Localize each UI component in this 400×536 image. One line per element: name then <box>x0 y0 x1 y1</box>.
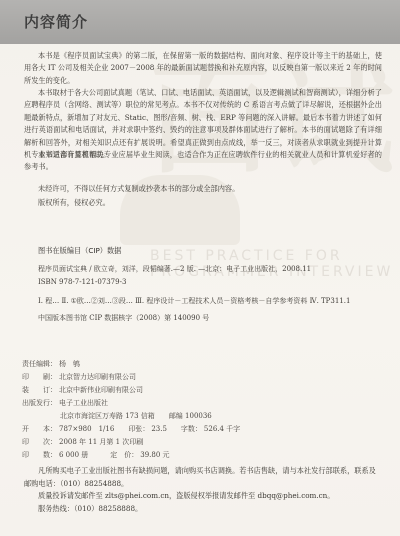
price-label: 定 价 <box>110 451 131 459</box>
sheets-label: 印张 <box>128 425 142 433</box>
cip-classification: Ⅰ. 程… Ⅱ. ①欧…②刘…③段… Ⅲ. 程序设计－工程技术人员－资格考核－自… <box>38 296 350 306</box>
document-page: 面试 BEST PRACTICE FOR PROGRAMMER INTERVIE… <box>0 0 400 536</box>
printer-label: 印 刷 <box>22 373 50 381</box>
footer-complaint-email: 质量投诉请发邮件至 zlts@phei.com.cn，盗版侵权举报请发邮件至 d… <box>38 490 396 503</box>
copies-label: 印 数 <box>22 451 50 459</box>
footer-exchange-notice: 凡所购买电子工业出版社图书有缺损问题，请向购买书店调换。若书店售缺，请与本社发行… <box>24 465 382 490</box>
printer-row: 印 刷：北京智力达印刷有限公司 <box>22 372 136 382</box>
cip-entry: 程序员面试宝典 / 欧立奇，刘洋，段韬编著.—2 版. —北京：电子工业出版社，… <box>38 264 311 274</box>
cip-record: 中国版本图书馆 CIP 数据核字（2008）第 140090 号 <box>38 313 209 323</box>
description-paragraph-1: 本书是《程序员面试宝典》的第二版，在保留第一版的数据结构、面向对象、程序设计等主… <box>24 50 382 87</box>
editor-row: 责任编辑：杨 鸲 <box>22 359 80 369</box>
publisher-row: 出版发行：电子工业出版社 <box>22 398 108 408</box>
address-row: 北京市海淀区万寿路 173 信箱邮编 100036 <box>60 411 212 421</box>
word-count-value: 526.4 千字 <box>204 425 240 433</box>
cip-title: 图书在版编目（CIP）数据 <box>38 246 121 256</box>
rights-notice: 版权所有，侵权必究。 <box>38 197 110 209</box>
binder-value: 北京中新伟业印刷有限公司 <box>59 386 143 394</box>
format-row: 开 本：787×980 1/16印张：23.5字数：526.4 千字 <box>22 424 240 434</box>
edition-row: 印 次：2008 年 11 月第 1 次印刷 <box>22 437 143 447</box>
copies-row: 印 数：6 000 册定 价：39.80 元 <box>22 450 170 460</box>
cip-isbn: ISBN 978-7-121-07379-3 <box>38 278 126 286</box>
sheets-value: 23.5 <box>151 425 167 433</box>
edition-value: 2008 年 11 月第 1 次印刷 <box>59 438 143 446</box>
price-value: 39.80 元 <box>140 451 169 459</box>
binder-label: 装 订 <box>22 386 50 394</box>
page-content: 本书是《程序员面试宝典》的第二版，在保留第一版的数据结构、面向对象、程序设计等主… <box>0 0 400 536</box>
word-count-label: 字数 <box>181 425 195 433</box>
editor-label: 责任编辑 <box>22 360 50 368</box>
printer-value: 北京智力达印刷有限公司 <box>59 373 136 381</box>
postcode-value: 邮编 100036 <box>169 412 212 420</box>
edition-label: 印 次 <box>22 438 50 446</box>
format-label: 开 本 <box>22 425 50 433</box>
publisher-label: 出版发行 <box>22 399 50 407</box>
copy-notice: 未经许可，不得以任何方式复制或抄袭本书的部分或全部内容。 <box>38 183 239 195</box>
copies-value: 6 000 册 <box>59 451 88 459</box>
description-paragraph-3: 本书适合计算机相关专业应届毕业生阅读，也适合作为正在应聘软件行业的相关就业人员和… <box>24 149 382 174</box>
editor-value: 杨 鸲 <box>59 360 80 368</box>
binder-row: 装 订：北京中新伟业印刷有限公司 <box>22 385 143 395</box>
publisher-value: 电子工业出版社 <box>59 399 108 407</box>
footer-hotline: 服务热线：（010）88258888。 <box>38 503 396 516</box>
address-value: 北京市海淀区万寿路 173 信箱 <box>60 412 155 420</box>
format-value: 787×980 1/16 <box>59 425 114 433</box>
